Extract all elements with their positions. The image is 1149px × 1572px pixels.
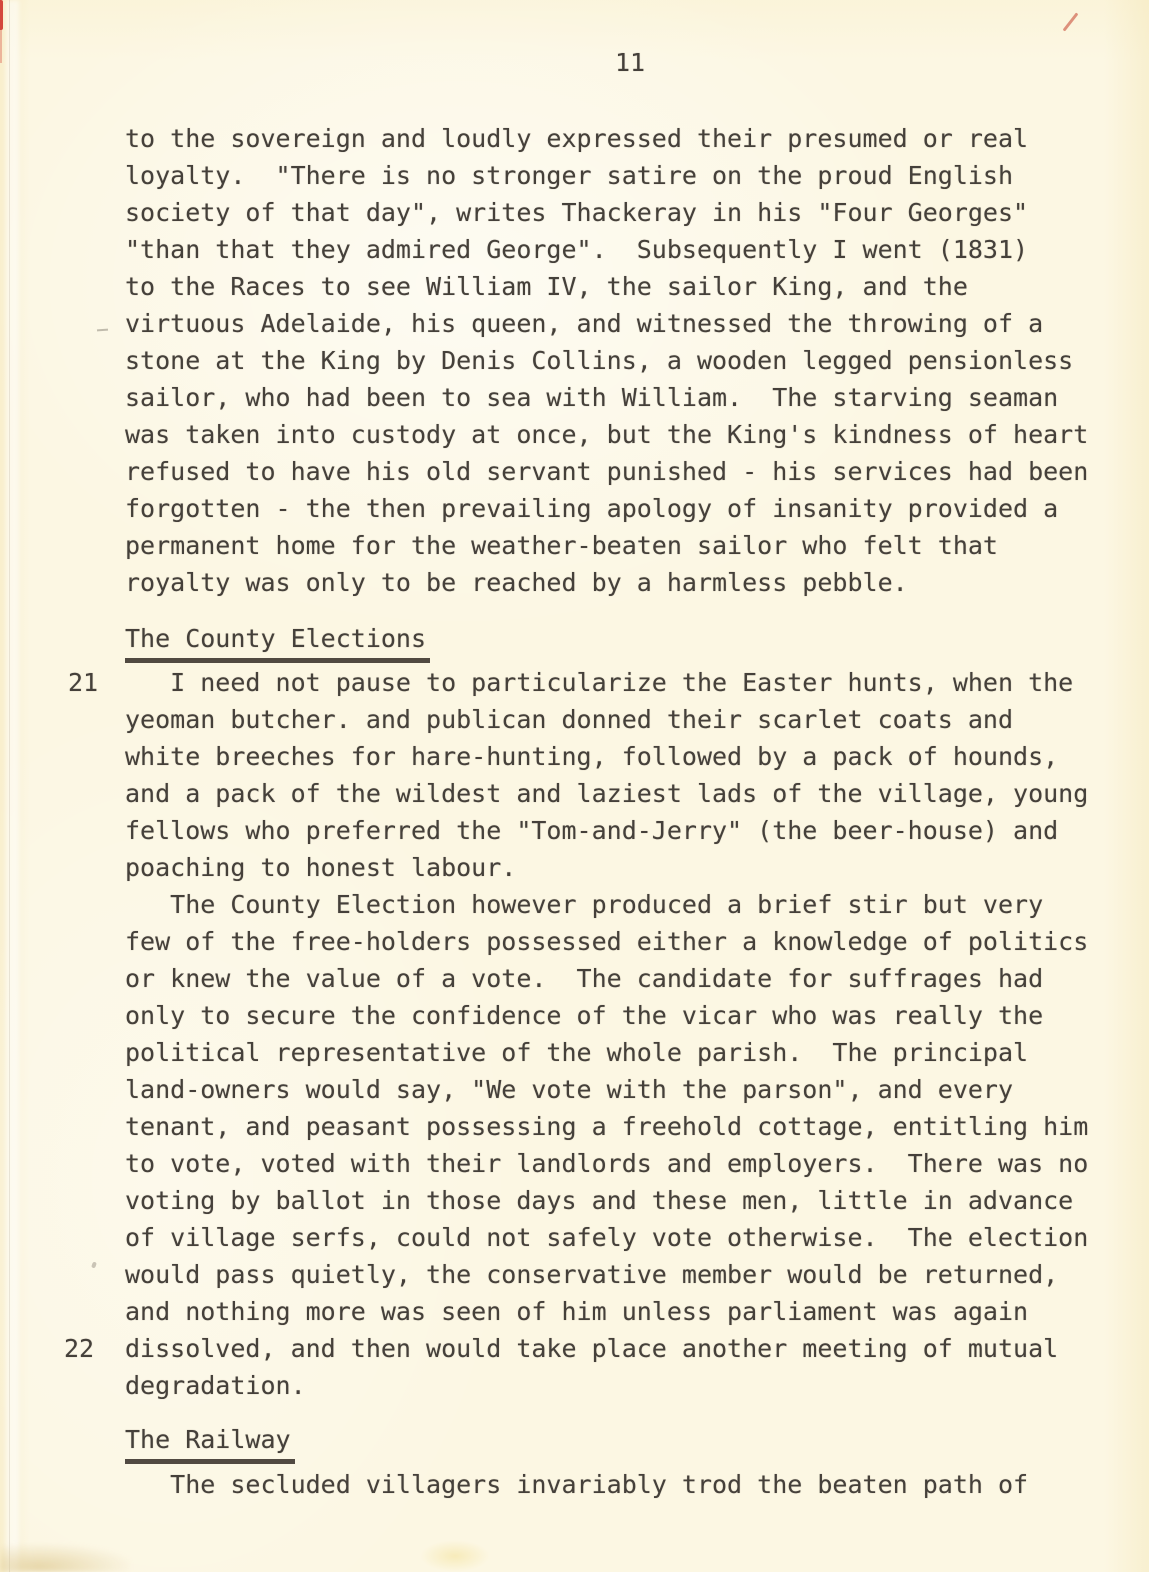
pencil-speck-margin: [91, 1261, 97, 1268]
section-heading-railway: The Railway: [125, 1425, 295, 1464]
text-line: permanent home for the weather-beaten sa…: [125, 527, 1088, 564]
text-line: "than that they admired George". Subsequ…: [125, 231, 1088, 268]
text-line: to vote, voted with their landlords and …: [125, 1145, 1088, 1182]
text-line: only to secure the confidence of the vic…: [125, 997, 1088, 1034]
text-line: The County Election however produced a b…: [125, 886, 1088, 923]
text-line: sailor, who had been to sea with William…: [125, 379, 1088, 416]
paragraph-county-election: The County Election however produced a b…: [125, 886, 1088, 1404]
margin-number-22: 22: [64, 1330, 94, 1367]
text-line: of village serfs, could not safely vote …: [125, 1219, 1088, 1256]
text-line: to the Races to see William IV, the sail…: [125, 268, 1088, 305]
text-line: yeoman butcher. and publican donned thei…: [125, 701, 1088, 738]
red-ink-slash-top-right: [1063, 12, 1079, 31]
paragraph-easter-hunts: I need not pause to particularize the Ea…: [125, 664, 1088, 886]
text-line: was taken into custody at once, but the …: [125, 416, 1088, 453]
text-line: The secluded villagers invariably trod t…: [125, 1466, 1028, 1503]
text-line: land-owners would say, "We vote with the…: [125, 1071, 1088, 1108]
text-line: few of the free-holders possessed either…: [125, 923, 1088, 960]
margin-number-21: 21: [68, 664, 98, 701]
text-line: society of that day", writes Thackeray i…: [125, 194, 1088, 231]
text-line: refused to have his old servant punished…: [125, 453, 1088, 490]
text-line: and nothing more was seen of him unless …: [125, 1293, 1088, 1330]
paragraph-railway: The secluded villagers invariably trod t…: [125, 1466, 1028, 1503]
scan-edge-highlight: [6, 0, 19, 1572]
text-line: degradation.: [125, 1367, 1088, 1404]
section-heading-county-elections: The County Elections: [125, 624, 430, 663]
text-line: stone at the King by Denis Collins, a wo…: [125, 342, 1088, 379]
text-line: to the sovereign and loudly expressed th…: [125, 120, 1088, 157]
text-line: forgotten - the then prevailing apology …: [125, 490, 1088, 527]
text-line: poaching to honest labour.: [125, 849, 1088, 886]
text-line: royalty was only to be reached by a harm…: [125, 564, 1088, 601]
paragraph-intro: to the sovereign and loudly expressed th…: [125, 120, 1088, 601]
paper-stain-bottom-center: [420, 1540, 490, 1572]
red-ink-mark-left-edge-faint: [0, 29, 2, 63]
text-line: or knew the value of a vote. The candida…: [125, 960, 1088, 997]
text-line: political representative of the whole pa…: [125, 1034, 1088, 1071]
text-line: tenant, and peasant possessing a freehol…: [125, 1108, 1088, 1145]
text-line: and a pack of the wildest and laziest la…: [125, 775, 1088, 812]
text-line: I need not pause to particularize the Ea…: [125, 664, 1088, 701]
text-line: virtuous Adelaide, his queen, and witnes…: [125, 305, 1088, 342]
paper-stain-bottom-left: [0, 1544, 130, 1572]
red-ink-mark-left-edge: [0, 0, 3, 30]
pencil-dash-margin: [97, 329, 108, 332]
page-number: 11: [615, 44, 645, 81]
text-line: loyalty. "There is no stronger satire on…: [125, 157, 1088, 194]
text-line: fellows who preferred the "Tom-and-Jerry…: [125, 812, 1088, 849]
paper-fold-line: [9, 0, 10, 1572]
text-line: voting by ballot in those days and these…: [125, 1182, 1088, 1219]
text-line: white breeches for hare-hunting, followe…: [125, 738, 1088, 775]
text-line: would pass quietly, the conservative mem…: [125, 1256, 1088, 1293]
text-line: dissolved, and then would take place ano…: [125, 1330, 1088, 1367]
